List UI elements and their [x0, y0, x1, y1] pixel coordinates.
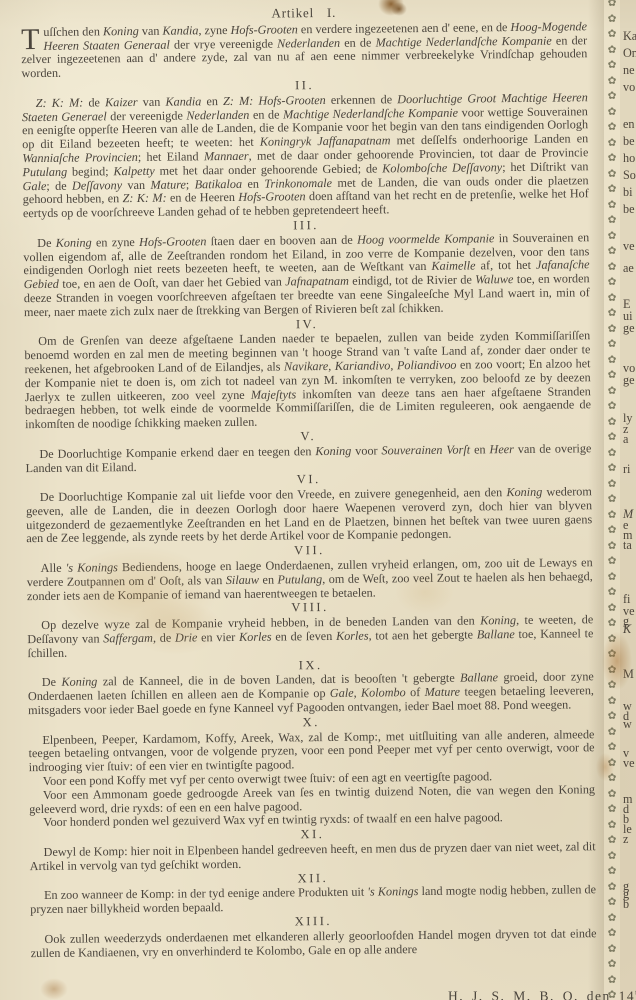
edge-text-fragment: Ka	[623, 30, 636, 44]
ornamental-border-icon: ✿ ✿ ✿ ✿ ✿ ✿ ✿ ✿ ✿ ✿ ✿ ✿ ✿ ✿ ✿ ✿ ✿ ✿ ✿ ✿ …	[602, 0, 622, 1000]
article-7-paragraph: Alle 's Konings Bediendens, hooge en lae…	[27, 556, 593, 603]
paragraph-text: uſſchen den Koning van Kandia, zyne Hofs…	[21, 19, 587, 80]
paper-stain	[40, 978, 68, 1000]
edge-text-fragment: a	[623, 433, 628, 447]
article-13-paragraph: Ook zullen weederzyds onderdaenen met el…	[30, 927, 596, 961]
article-9-paragraph: De Koning zal de Kanneel, die in de bove…	[28, 671, 594, 718]
article-8-paragraph: Op dezelve wyze zal de Kompanie vryheid …	[27, 613, 593, 660]
edge-text-fragment: ta	[623, 539, 632, 553]
edge-text-fragment: So	[623, 169, 636, 183]
edge-text-fragment: M	[623, 668, 634, 682]
footer-text: H. J. S. M. B. O. den 14	[448, 989, 635, 1000]
edge-text-fragment: ge	[623, 322, 635, 336]
page-edge-fragments: KaOnnevoenbehoSobibeveaeEuigevogelyzariM…	[623, 0, 636, 1000]
treaty-text-column: Artikel I. Tuſſchen den Koning van Kandi…	[21, 3, 597, 960]
edge-text-fragment: K	[623, 623, 631, 637]
article-2-paragraph: Z: K: M: de Kaizer van Kandia en Z: M: H…	[22, 91, 589, 221]
article-1: Tuſſchen den Koning van Kandia, zyne Hof…	[21, 20, 588, 81]
edge-text-fragment: ri	[623, 463, 630, 477]
article-4-paragraph: Om de Grenſen van deeze afgeſtaene Lande…	[24, 330, 591, 432]
edge-text-fragment: en	[623, 118, 635, 132]
dropcap-initial: T	[21, 26, 44, 52]
edge-text-fragment: ne	[623, 64, 635, 78]
edge-text-fragment: ae	[623, 262, 634, 276]
edge-text-fragment: ho	[623, 152, 635, 166]
article-10-paragraph-1: Elpenbeen, Peeper, Kardamom, Koffy, Aree…	[28, 728, 594, 775]
edge-text-fragment: be	[623, 135, 635, 149]
edge-text-fragment: b	[623, 898, 629, 912]
scanned-treaty-page: { "document": { "heading": "Artikel I.",…	[0, 0, 636, 1000]
edge-text-fragment: ge	[623, 374, 635, 388]
edge-text-fragment: be	[623, 203, 635, 217]
article-6-paragraph: De Doorluchtige Kompanie zal uit liefde …	[26, 485, 593, 546]
edge-text-fragment: bi	[623, 186, 632, 200]
article-paragraph: Tuſſchen den Koning van Kandia, zyne Hof…	[21, 20, 588, 81]
edge-text-fragment: ve	[623, 240, 635, 254]
edge-text-fragment: On	[623, 47, 636, 61]
footer-signature-fragment: H. J. S. M. B. O. den 14ten	[448, 987, 636, 1000]
edge-text-fragment: ve	[623, 757, 635, 771]
edge-text-fragment: z	[623, 833, 628, 847]
edge-text-fragment: vo	[623, 81, 635, 95]
article-3-paragraph: De Koning en zyne Hofs-Grooten ſtaen dae…	[23, 231, 590, 320]
edge-text-fragment: w	[623, 718, 632, 732]
